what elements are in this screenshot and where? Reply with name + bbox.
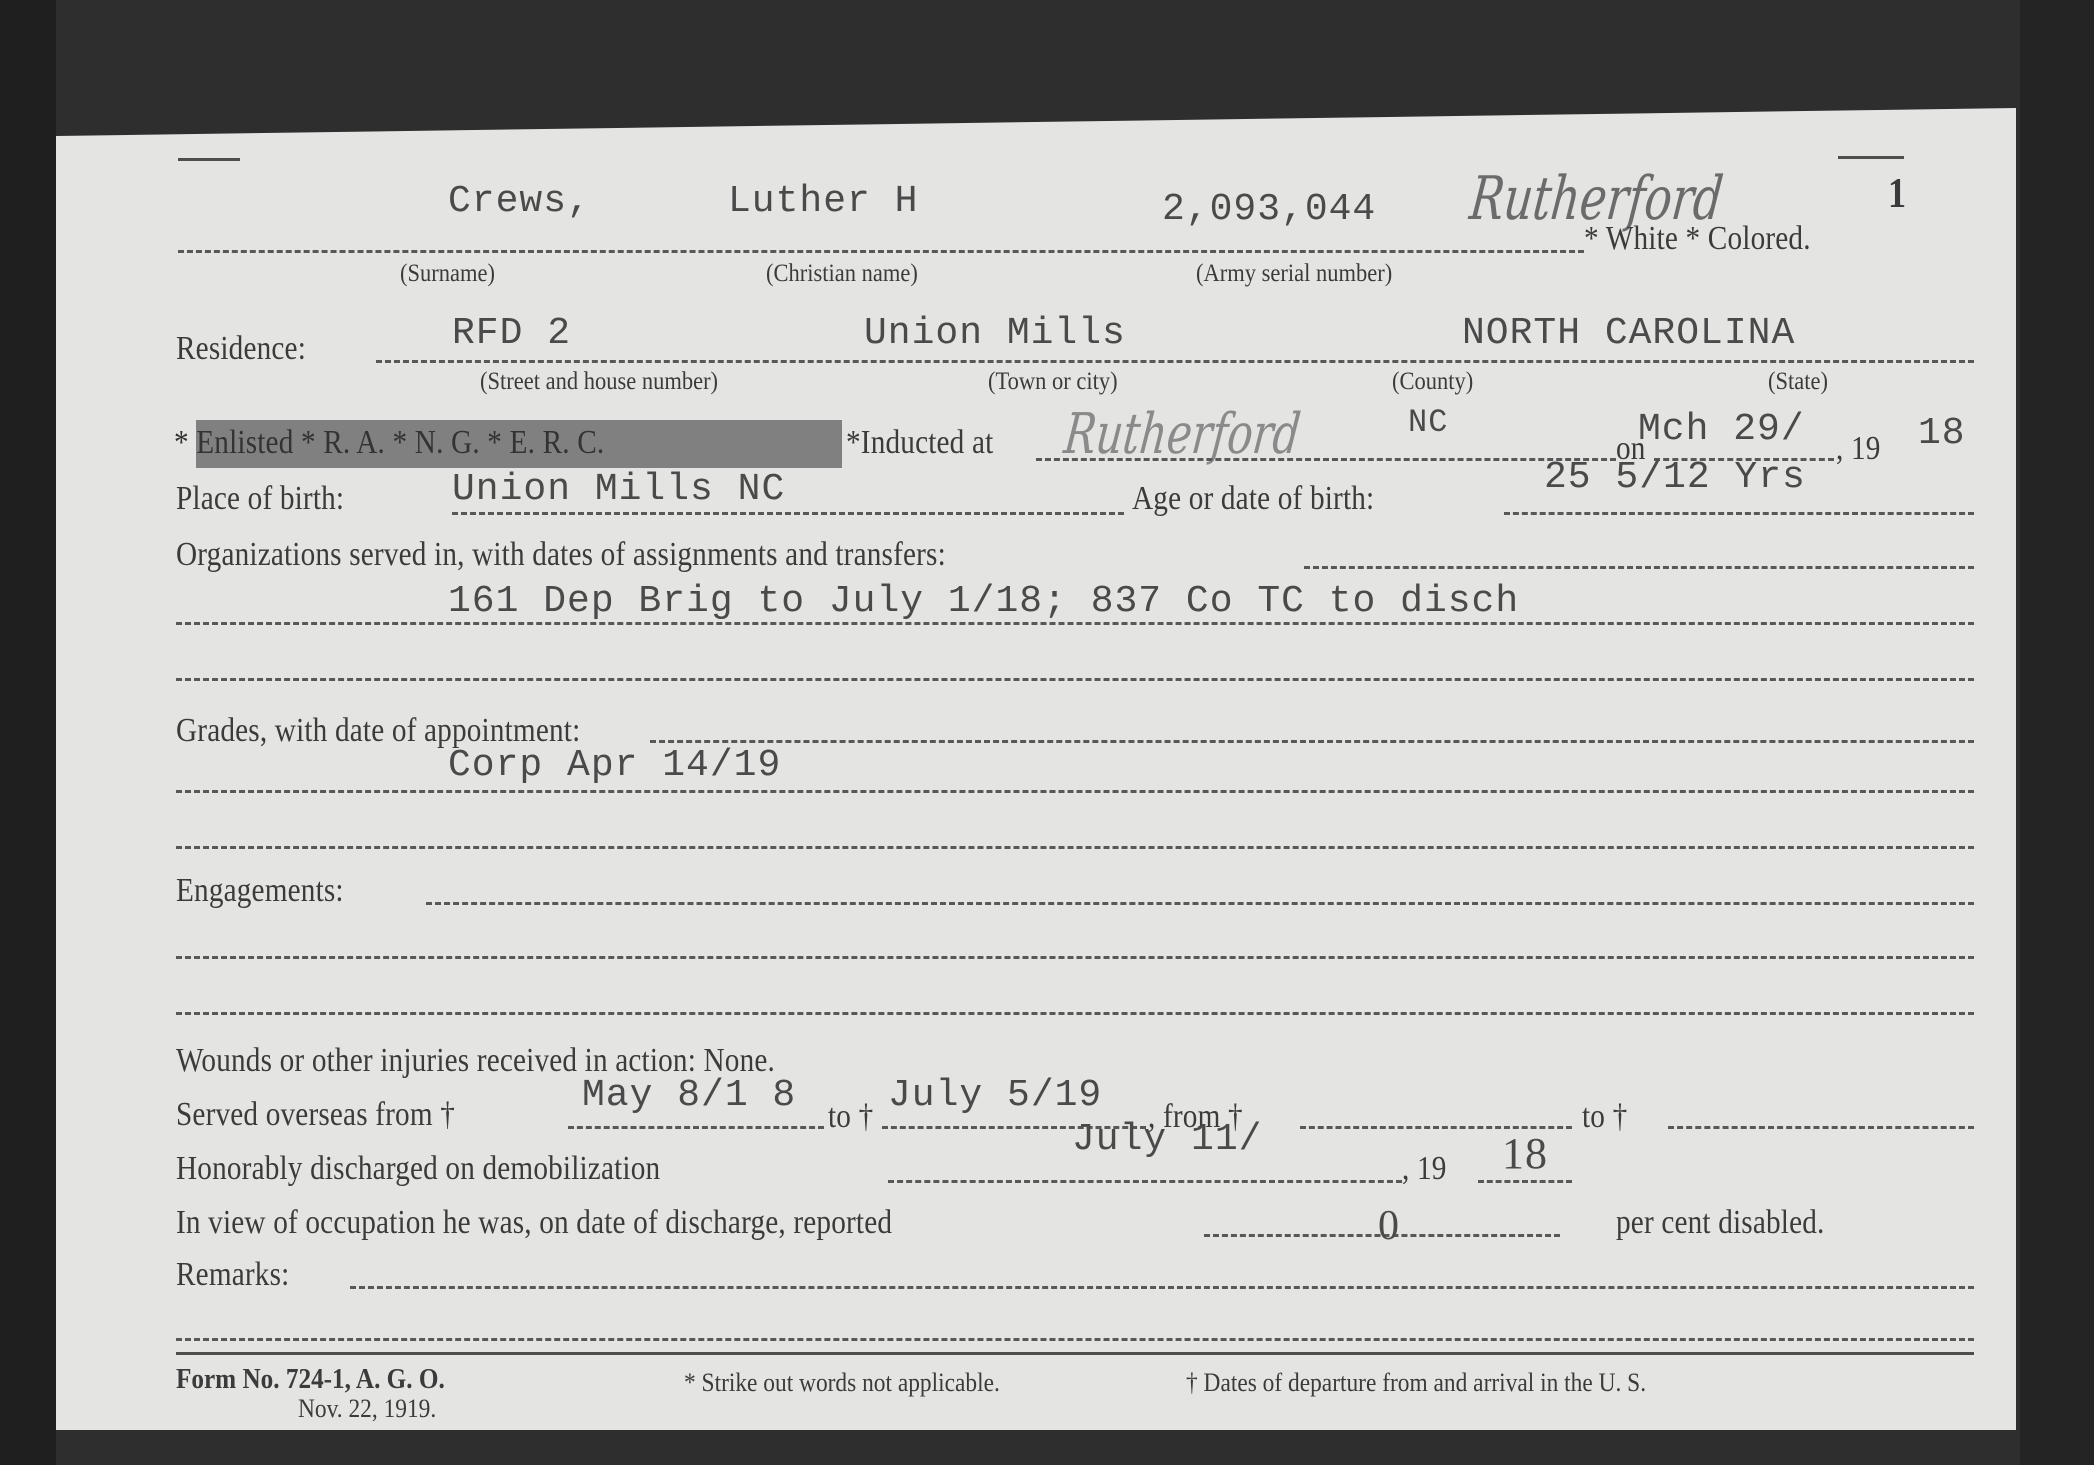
inducted-line-rule <box>1036 458 1616 461</box>
footnote-strike-out: * Strike out words not applicable. <box>684 1368 1000 1398</box>
residence-town: Union Mills <box>864 312 1126 355</box>
engagements-rule-2 <box>176 956 1974 959</box>
name-line-rule <box>178 250 1584 253</box>
residence-line-rule <box>376 360 1974 363</box>
remarks-rule-1 <box>350 1286 1974 1289</box>
state-caption: (State) <box>1768 368 1828 396</box>
overseas-to-label: to † <box>828 1098 873 1136</box>
grades-value: Corp Apr 14/19 <box>448 744 781 787</box>
street-caption: (Street and house number) <box>480 368 718 396</box>
inducted-place-typed: NC <box>1408 404 1448 441</box>
engagements-label: Engagements: <box>176 872 344 910</box>
serial-number-value: 2,093,044 <box>1162 188 1376 231</box>
scan-background-right <box>2020 0 2094 1465</box>
discharge-year-rule <box>1478 1180 1572 1183</box>
discharge-year: 18 <box>1502 1128 1548 1179</box>
overseas-from-date: May 8/1 8 <box>582 1074 796 1117</box>
discharge-date-rule <box>888 1180 1402 1183</box>
organizations-rule-1 <box>1304 566 1974 569</box>
inducted-at-label: *Inducted at <box>846 424 993 462</box>
struck-enlistment-options: * Enlisted * R. A. * N. G. * E. R. C. <box>174 424 604 462</box>
christian-name-caption: (Christian name) <box>766 260 918 288</box>
organizations-label: Organizations served in, with dates of a… <box>176 536 946 574</box>
organizations-rule-2 <box>176 622 1974 625</box>
surname-value: Crews, <box>448 180 591 223</box>
overseas-to2-label: to † <box>1582 1098 1627 1136</box>
discharge-label: Honorably discharged on demobilization <box>176 1150 660 1188</box>
residence-state: NORTH CAROLINA <box>1462 312 1795 355</box>
overseas-label: Served overseas from † <box>176 1096 455 1134</box>
age-label: Age or date of birth: <box>1132 480 1374 518</box>
top-left-rule <box>178 158 240 161</box>
remarks-label: Remarks: <box>176 1256 289 1294</box>
place-of-birth-rule <box>452 512 1124 515</box>
disability-label: In view of occupation he was, on date of… <box>176 1204 892 1242</box>
form-date: Nov. 22, 1919. <box>298 1394 436 1424</box>
overseas-to2-rule <box>1668 1126 1974 1129</box>
race-options: * White * Colored. <box>1584 220 1811 258</box>
christian-name-value: Luther H <box>728 180 918 223</box>
county-caption: (County) <box>1392 368 1473 396</box>
overseas-from-rule <box>568 1126 824 1129</box>
scan-background-left <box>0 0 56 1465</box>
age-rule <box>1504 512 1974 515</box>
disability-percent: 0 <box>1378 1202 1400 1250</box>
engagements-rule-1 <box>426 902 1974 905</box>
form-number: Form No. 724-1, A. G. O. <box>176 1364 445 1396</box>
discharge-date: July 11/ <box>1072 1118 1262 1161</box>
organizations-rule-3 <box>176 678 1974 681</box>
induction-year-prefix: , 19 <box>1836 430 1881 468</box>
organizations-value: 161 Dep Brig to July 1/18; 837 Co TC to … <box>448 580 1519 623</box>
induction-date: Mch 29/ <box>1638 408 1805 451</box>
grades-rule-3 <box>176 846 1974 849</box>
age-value: 25 5/12 Yrs <box>1544 456 1806 499</box>
discharge-year-prefix: , 19 <box>1402 1150 1447 1188</box>
footnote-dates: † Dates of departure from and arrival in… <box>1186 1368 1646 1398</box>
serial-number-caption: (Army serial number) <box>1196 260 1392 288</box>
surname-caption: (Surname) <box>400 260 495 288</box>
residence-label: Residence: <box>176 330 306 368</box>
induction-year: 18 <box>1918 412 1966 455</box>
town-caption: (Town or city) <box>988 368 1118 396</box>
residence-street: RFD 2 <box>452 312 571 355</box>
place-of-birth-label: Place of birth: <box>176 480 344 518</box>
top-right-rule <box>1838 156 1904 159</box>
service-record-card: 1 Crews, Luther H 2,093,044 Rutherford *… <box>56 108 2016 1430</box>
disability-suffix: per cent disabled. <box>1616 1204 1825 1242</box>
remarks-rule-2 <box>176 1338 1974 1341</box>
footer-separator <box>176 1352 1974 1355</box>
grades-rule-1 <box>650 740 1974 743</box>
place-of-birth-value: Union Mills NC <box>452 468 785 511</box>
card-number: 1 <box>1888 170 1906 218</box>
engagements-rule-3 <box>176 1012 1974 1015</box>
grades-rule-2 <box>176 790 1974 793</box>
overseas-to-date: July 5/19 <box>888 1074 1102 1117</box>
